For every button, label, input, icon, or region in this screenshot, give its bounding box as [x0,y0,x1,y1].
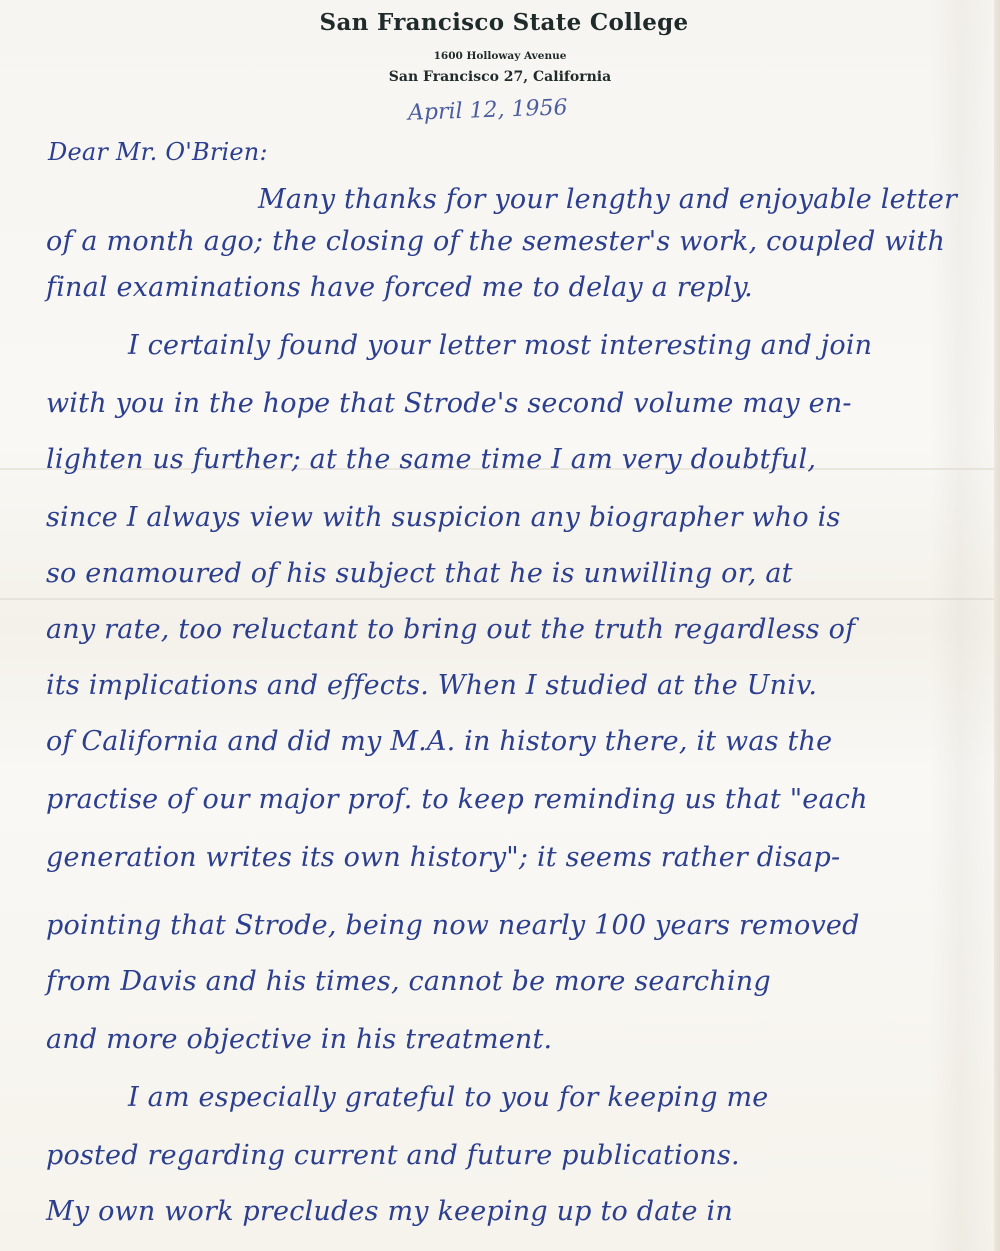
paper-fold-line [0,598,1000,600]
city-address: San Francisco 27, California [0,66,1000,88]
letter-line: My own work precludes my keeping up to d… [46,1196,733,1227]
letter-line: pointing that Strode, being now nearly 1… [46,910,860,941]
letter-line: I certainly found your letter most inter… [128,330,872,361]
institution-name: San Francisco State College [8,6,1000,40]
letter-line: since I always view with suspicion any b… [46,502,841,533]
letter-line: I am especially grateful to you for keep… [128,1082,768,1113]
letter-line: Many thanks for your lengthy and enjoyab… [258,184,957,215]
letter-line: posted regarding current and future publ… [46,1140,740,1171]
letter-line: final examinations have forced me to del… [46,272,753,303]
letter-line: from Davis and his times, cannot be more… [46,966,771,997]
letter-line: of California and did my M.A. in history… [46,726,832,757]
letter-line: generation writes its own history"; it s… [46,842,840,873]
salutation: Dear Mr. O'Brien: [48,138,268,166]
letterhead: San Francisco State College 1600 Hollowa… [0,6,1000,88]
letter-line: with you in the hope that Strode's secon… [46,388,852,419]
letter-line: and more objective in his treatment. [46,1024,552,1055]
letter-line: practise of our major prof. to keep remi… [46,784,868,815]
letter-line: any rate, too reluctant to bring out the… [46,614,855,645]
letter-line: lighten us further; at the same time I a… [46,444,816,475]
letter-line: its implications and effects. When I stu… [46,670,817,701]
letter-line: so enamoured of his subject that he is u… [46,558,793,589]
paper-edge [994,0,1000,1251]
letter-line: of a month ago; the closing of the semes… [46,226,945,257]
street-address: 1600 Holloway Avenue [0,46,1000,66]
